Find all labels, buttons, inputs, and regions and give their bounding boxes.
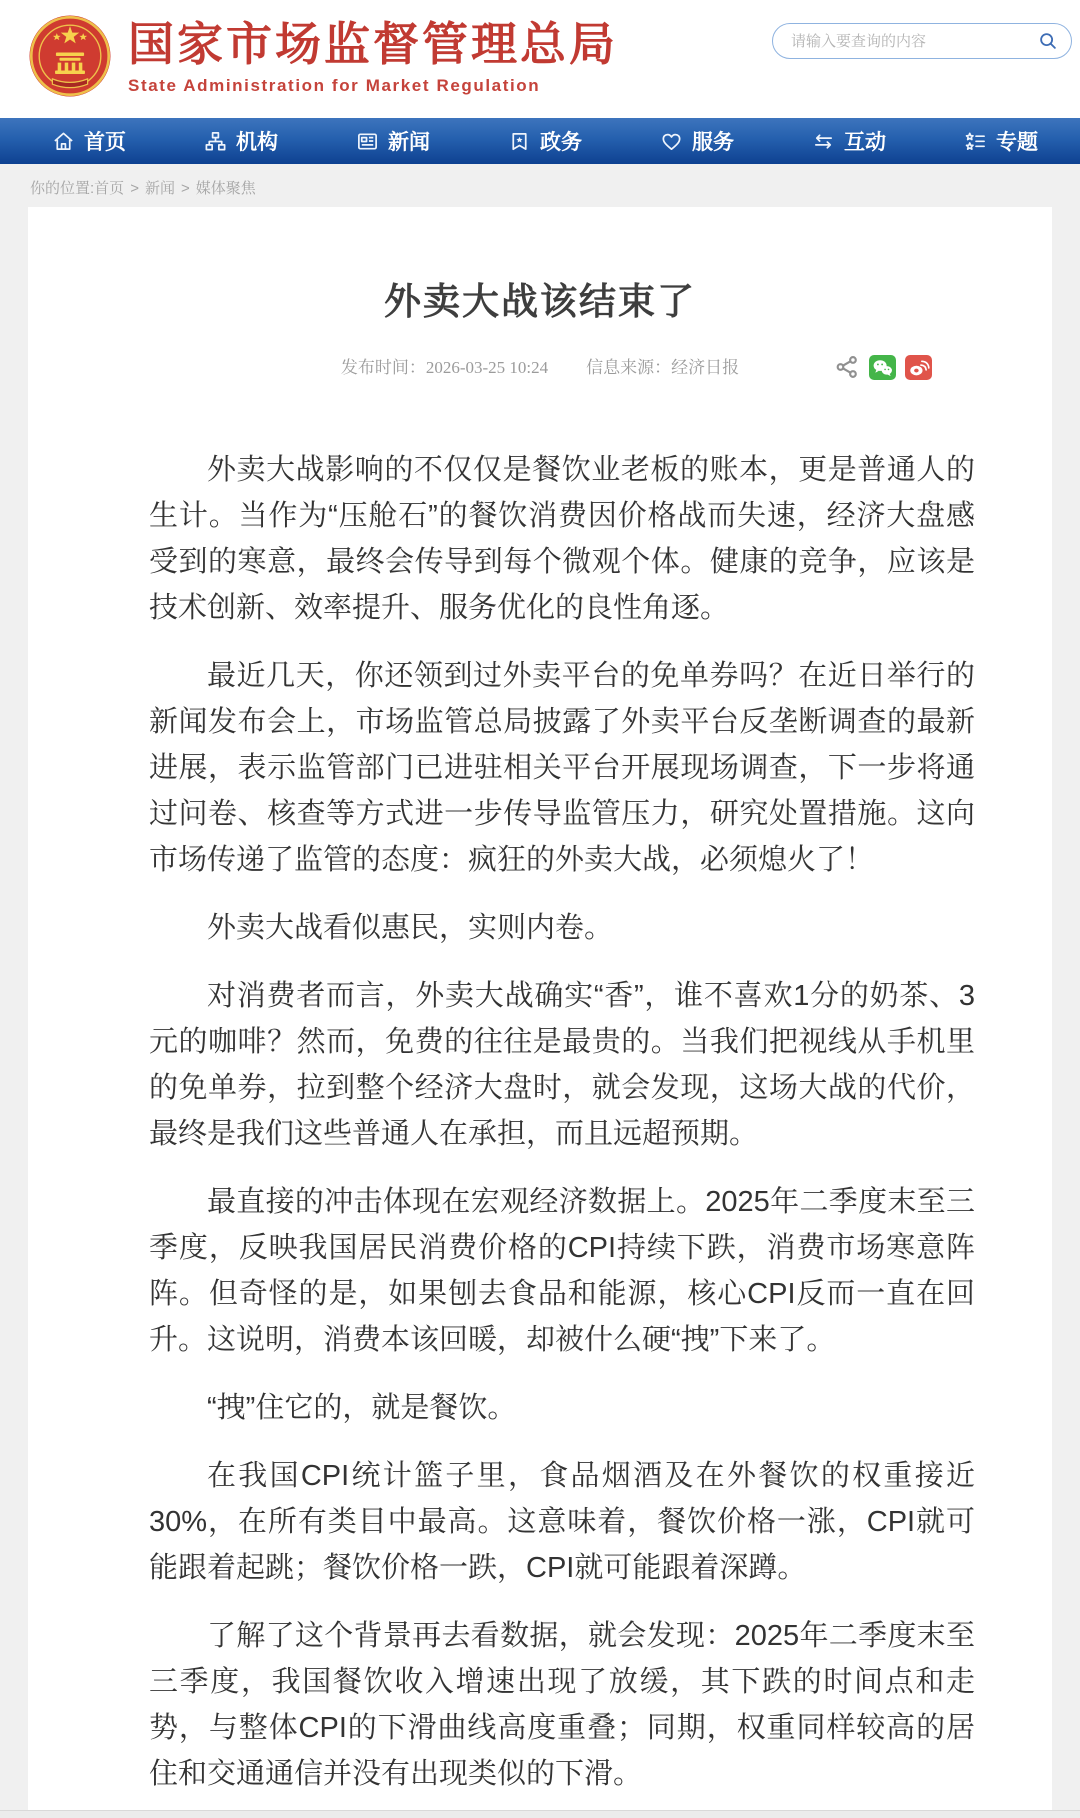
newspaper-icon: [356, 130, 379, 153]
national-emblem-logo[interactable]: [26, 12, 114, 100]
article-title: 外卖大战该结束了: [28, 271, 1052, 325]
article-paragraph: 在我国CPI统计篮子里，食品烟酒及在外餐饮的权重接近30%，在所有类目中最高。这…: [149, 1453, 975, 1591]
share-icon[interactable]: [834, 354, 860, 380]
article-paragraph: 最直接的冲击体现在宏观经济数据上。2025年二季度末至三季度，反映我国居民消费价…: [149, 1179, 975, 1363]
article-paragraph: 对消费者而言，外卖大战确实“香”，谁不喜欢1分的奶茶、3元的咖啡？然而，免费的往…: [149, 973, 975, 1157]
breadcrumb-separator: >: [181, 180, 190, 197]
site-brand: 国家市场监督管理总局 State Administration for Mark…: [128, 18, 618, 96]
publish-time-value: 2026-03-25 10:24: [426, 358, 548, 377]
nav-label: 互动: [844, 126, 886, 156]
nav-label: 政务: [540, 126, 582, 156]
nav-label: 专题: [996, 126, 1038, 156]
nav-item-news[interactable]: 新闻: [356, 126, 430, 156]
weibo-icon[interactable]: [905, 355, 932, 380]
page-bottom-divider: [0, 1810, 1080, 1818]
nav-label: 首页: [84, 126, 126, 156]
article-paragraph: “拽”住它的，就是餐饮。: [149, 1385, 975, 1431]
article-paragraph: 外卖大战影响的不仅仅是餐饮业老板的账本，更是普通人的生计。当作为“压舱石”的餐饮…: [149, 447, 975, 631]
document-flag-icon: [508, 130, 531, 153]
search-box: [772, 23, 1072, 59]
search-input[interactable]: [791, 33, 1037, 50]
home-icon: [52, 130, 75, 153]
article-paragraph: 最近几天，你还领到过外卖平台的免单券吗？在近日举行的新闻发布会上，市场监管总局披…: [149, 653, 975, 883]
breadcrumb-separator: >: [130, 180, 139, 197]
heart-icon: [660, 130, 683, 153]
nav-label: 服务: [692, 126, 734, 156]
breadcrumb-prefix: 你的位置:: [30, 180, 94, 197]
article-paragraph: 外卖大战看似惠民，实则内卷。: [149, 905, 975, 951]
article-paragraph: 了解了这个背景再去看数据，就会发现：2025年二季度末至三季度，我国餐饮收入增速…: [149, 1613, 975, 1797]
star-list-icon: [964, 130, 987, 153]
breadcrumb-item-news[interactable]: 新闻: [145, 180, 175, 197]
sitemap-icon: [204, 130, 227, 153]
nav-item-services[interactable]: 服务: [660, 126, 734, 156]
nav-label: 机构: [236, 126, 278, 156]
site-title: 国家市场监督管理总局: [128, 18, 618, 70]
wechat-icon[interactable]: [869, 355, 896, 380]
site-subtitle: State Administration for Market Regulati…: [128, 76, 618, 96]
nav-item-government[interactable]: 政务: [508, 126, 582, 156]
source-value: 经济日报: [671, 358, 739, 377]
nav-label: 新闻: [388, 126, 430, 156]
publish-time-label: 发布时间：: [341, 358, 426, 377]
exchange-arrows-icon: [812, 130, 835, 153]
nav-item-interaction[interactable]: 互动: [812, 126, 886, 156]
samr-news-page: 国家市场监督管理总局 State Administration for Mark…: [0, 0, 1080, 1818]
site-header: 国家市场监督管理总局 State Administration for Mark…: [0, 0, 1080, 118]
article-card: 外卖大战该结束了 发布时间：2026-03-25 10:24信息来源：经济日报: [28, 207, 1052, 1810]
nav-item-orgs[interactable]: 机构: [204, 126, 278, 156]
article-body: 外卖大战影响的不仅仅是餐饮业老板的账本，更是普通人的生计。当作为“压舱石”的餐饮…: [28, 447, 1052, 1797]
nav-item-home[interactable]: 首页: [52, 126, 126, 156]
breadcrumb-item-home[interactable]: 首页: [94, 180, 124, 197]
main-nav: 首页 机构 新闻: [0, 118, 1080, 164]
nav-item-topics[interactable]: 专题: [964, 126, 1038, 156]
article-meta: 发布时间：2026-03-25 10:24信息来源：经济日报: [28, 353, 1052, 387]
breadcrumb: 你的位置:首页>新闻>媒体聚焦: [0, 163, 1080, 198]
search-icon[interactable]: [1037, 30, 1059, 52]
source-label: 信息来源：: [586, 358, 671, 377]
breadcrumb-item-media-focus[interactable]: 媒体聚焦: [196, 180, 256, 197]
share-bar: [834, 354, 932, 380]
